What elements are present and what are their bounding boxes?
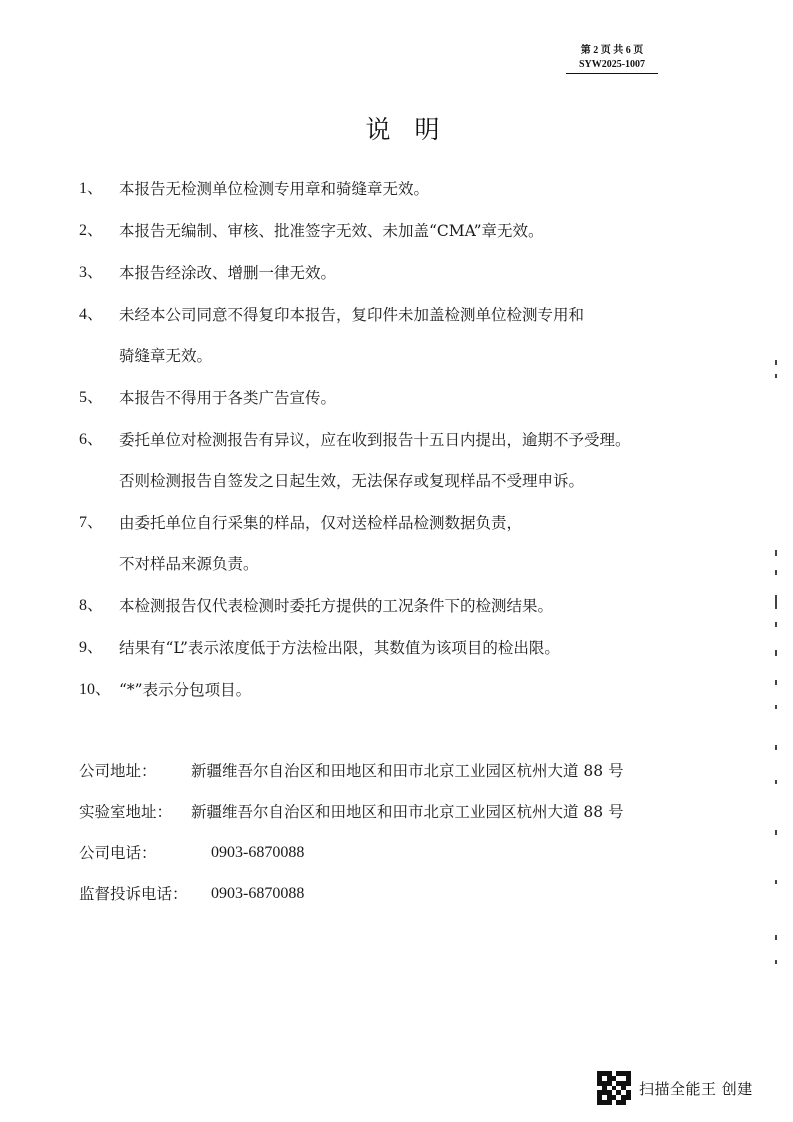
report-code: SYW2025-1007 — [566, 58, 658, 74]
company-phone-value: 0903-6870088 — [191, 842, 304, 864]
note-number: 10、 — [79, 679, 119, 701]
lab-address-value: 新疆维吾尔自治区和田地区和田市北京工业园区杭州大道 88 号 — [191, 801, 624, 823]
notes-list: 1、 本报告无检测单位检测专用章和骑缝章无效。 2、 本报告无编制、审核、批准签… — [79, 178, 719, 701]
note-item: 7、 由委托单位自行采集的样品，仅对送检样品检测数据负责， 不对样品来源负责。 — [79, 512, 719, 575]
company-phone-label: 公司电话： — [79, 842, 191, 864]
company-phone-row: 公司电话： 0903-6870088 — [79, 842, 719, 864]
note-text: 结果有“L”表示浓度低于方法检出限，其数值为该项目的检出限。 — [119, 637, 719, 659]
note-text: 本检测报告仅代表检测时委托方提供的工况条件下的检测结果。 — [119, 595, 719, 617]
company-address-label: 公司地址： — [79, 760, 191, 782]
note-text: 本报告无检测单位检测专用章和骑缝章无效。 — [119, 178, 719, 200]
scanner-watermark: 扫描全能王 创建 — [597, 1071, 753, 1105]
note-item: 6、 委托单位对检测报告有异议，应在收到报告十五日内提出，逾期不予受理。 否则检… — [79, 429, 719, 492]
note-text-continued: 不对样品来源负责。 — [119, 553, 719, 575]
company-address-value: 新疆维吾尔自治区和田地区和田市北京工业园区杭州大道 88 号 — [191, 760, 624, 782]
lab-address-label: 实验室地址： — [79, 801, 191, 823]
note-text: 由委托单位自行采集的样品，仅对送检样品检测数据负责， — [119, 512, 719, 534]
note-text: 本报告无编制、审核、批准签字无效、未加盖“CMA”章无效。 — [119, 220, 719, 242]
note-item: 3、 本报告经涂改、增删一律无效。 — [79, 262, 719, 284]
page-number-label: 第 2 页 共 6 页 — [566, 44, 658, 58]
note-item: 8、 本检测报告仅代表检测时委托方提供的工况条件下的检测结果。 — [79, 595, 719, 617]
note-number: 2、 — [79, 220, 119, 242]
note-number: 1、 — [79, 178, 119, 200]
note-item: 10、 “*”表示分包项目。 — [79, 679, 719, 701]
note-item: 2、 本报告无编制、审核、批准签字无效、未加盖“CMA”章无效。 — [79, 220, 719, 242]
note-text-continued: 骑缝章无效。 — [119, 345, 719, 367]
page-header: 第 2 页 共 6 页 SYW2025-1007 — [566, 44, 658, 74]
note-number: 9、 — [79, 637, 119, 659]
note-number: 4、 — [79, 304, 119, 367]
lab-address-row: 实验室地址： 新疆维吾尔自治区和田地区和田市北京工业园区杭州大道 88 号 — [79, 801, 719, 823]
contact-info: 公司地址： 新疆维吾尔自治区和田地区和田市北京工业园区杭州大道 88 号 实验室… — [79, 760, 719, 924]
note-number: 3、 — [79, 262, 119, 284]
qr-code-icon — [597, 1071, 631, 1105]
complaint-phone-row: 监督投诉电话： 0903-6870088 — [79, 883, 719, 905]
note-text: 未经本公司同意不得复印本报告，复印件未加盖检测单位检测专用和 — [119, 304, 719, 326]
note-item: 1、 本报告无检测单位检测专用章和骑缝章无效。 — [79, 178, 719, 200]
note-text: “*”表示分包项目。 — [119, 679, 719, 701]
note-text-continued: 否则检测报告自签发之日起生效，无法保存或复现样品不受理申诉。 — [119, 470, 719, 492]
note-number: 7、 — [79, 512, 119, 575]
company-address-row: 公司地址： 新疆维吾尔自治区和田地区和田市北京工业园区杭州大道 88 号 — [79, 760, 719, 782]
scanner-watermark-text: 扫描全能王 创建 — [639, 1078, 753, 1099]
note-text: 本报告经涂改、增删一律无效。 — [119, 262, 719, 284]
note-number: 6、 — [79, 429, 119, 492]
note-item: 9、 结果有“L”表示浓度低于方法检出限，其数值为该项目的检出限。 — [79, 637, 719, 659]
complaint-phone-label: 监督投诉电话： — [79, 883, 191, 905]
note-number: 5、 — [79, 387, 119, 409]
note-text: 委托单位对检测报告有异议，应在收到报告十五日内提出，逾期不予受理。 — [119, 429, 719, 451]
binding-edge-marks — [773, 360, 779, 1020]
page-title: 说明 — [0, 110, 793, 146]
note-item: 4、 未经本公司同意不得复印本报告，复印件未加盖检测单位检测专用和 骑缝章无效。 — [79, 304, 719, 367]
note-number: 8、 — [79, 595, 119, 617]
complaint-phone-value: 0903-6870088 — [191, 883, 304, 905]
note-item: 5、 本报告不得用于各类广告宣传。 — [79, 387, 719, 409]
note-text: 本报告不得用于各类广告宣传。 — [119, 387, 719, 409]
